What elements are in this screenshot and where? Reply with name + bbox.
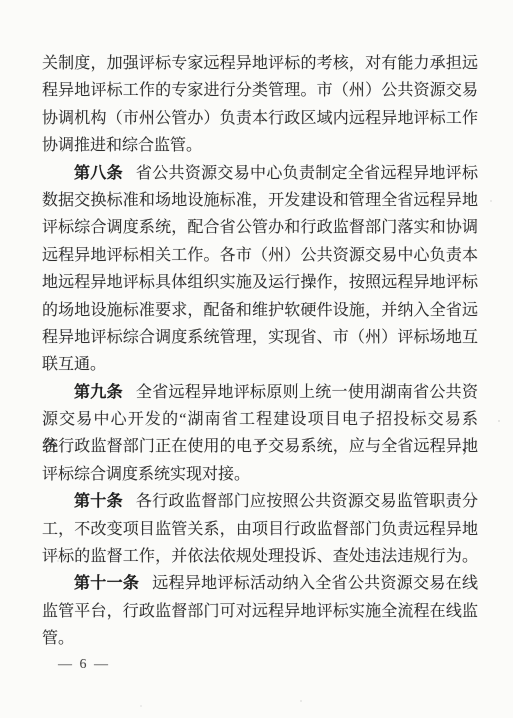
document-line-paragraph-end: 联互通。: [42, 351, 478, 378]
article-number-label: 第九条: [74, 384, 123, 401]
article-number-label: 第十条: [74, 493, 123, 510]
document-text-block: 关制度，加强评标专家远程异地评标的考核，对有能力承担远 程异地评标工作的专家进行…: [42, 50, 478, 653]
document-line: 程异地评标综合调度系统管理，实现省、市（州）评标场地互: [42, 324, 478, 351]
article-number-label: 第八条: [74, 165, 123, 182]
document-line-paragraph-end: 评标综合调度系统实现对接。: [42, 461, 478, 488]
document-line-paragraph-end: 管。: [42, 625, 478, 652]
page-number: — 6 —: [58, 656, 110, 674]
document-line-article-8: 第八条省公共资源交易中心负责制定全省远程异地评标: [42, 160, 478, 187]
scanned-document-page: 关制度，加强评标专家远程异地评标的考核，对有能力承担远 程异地评标工作的专家进行…: [0, 0, 513, 718]
document-line-paragraph-end: 协调推进和综合监管。: [42, 132, 478, 159]
document-line: 程异地评标工作的专家进行分类管理。市（州）公共资源交易: [42, 77, 478, 104]
scan-noise: [0, 0, 2, 2]
document-line: 协调机构（市州公管办）负责本行政区域内远程异地评标工作: [42, 105, 478, 132]
document-line: 关制度，加强评标专家远程异地评标的考核，对有能力承担远: [42, 50, 478, 77]
document-line: 远程异地评标相关工作。各市（州）公共资源交易中心负责本: [42, 242, 478, 269]
document-line: 工，不改变项目监管关系，由项目行政监督部门负责远程异地: [42, 516, 478, 543]
document-line: 评标综合调度系统，配合省公管办和行政监督部门落实和协调: [42, 214, 478, 241]
document-line: 各行政监督部门正在使用的电子交易系统，应与全省远程异地: [42, 433, 478, 460]
article-number-label: 第十一条: [74, 575, 139, 592]
document-line: 数据交换标准和场地设施标准，开发建设和管理全省远程异地: [42, 187, 478, 214]
line-text: 各行政监督部门应按照公共资源交易监管职责分: [136, 493, 478, 510]
document-line-paragraph-end: 评标的监督工作，并依法依规处理投诉、查处违法违规行为。: [42, 543, 478, 570]
document-line-article-11: 第十一条远程异地评标活动纳入全省公共资源交易在线: [42, 570, 478, 597]
line-text: 全省远程异地评标原则上统一使用湖南省公共资: [136, 384, 478, 401]
document-line: 监管平台，行政监督部门可对远程异地评标实施全流程在线监: [42, 598, 478, 625]
document-line-article-9: 第九条全省远程异地评标原则上统一使用湖南省公共资: [42, 379, 478, 406]
line-text: 远程异地评标活动纳入全省公共资源交易在线: [152, 575, 478, 592]
line-text: 省公共资源交易中心负责制定全省远程异地评标: [136, 165, 478, 182]
document-line: 地远程异地评标具体组织实施及运行操作，按照远程异地评标: [42, 269, 478, 296]
document-line: 的场地设施标准要求，配备和维护软硬件设施，并纳入全省远: [42, 297, 478, 324]
document-line-article-10: 第十条各行政监督部门应按照公共资源交易监管职责分: [42, 488, 478, 515]
document-line: 源交易中心开发的“湖南省工程建设项目电子招投标交易系统”，: [42, 406, 478, 433]
